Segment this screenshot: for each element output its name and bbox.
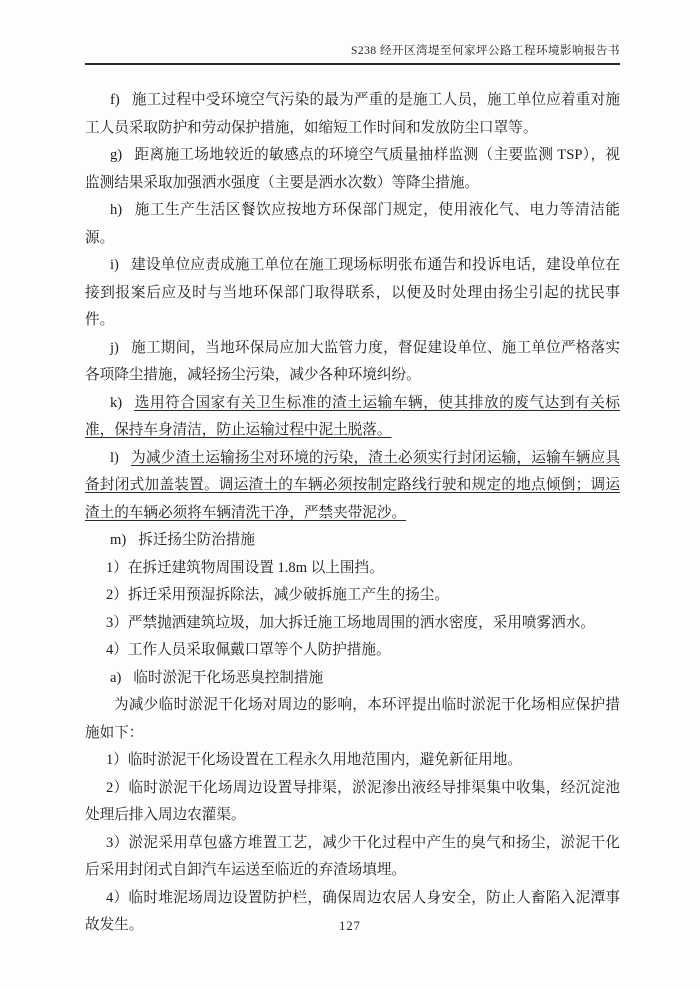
paragraph-text: 施工生产生活区餐饮应按地方环保部门规定，使用液化气、电力等清洁能源。 (85, 202, 620, 246)
paragraph-text: 3）严禁抛洒建筑垃圾，加大拆迁施工场地周围的洒水密度，采用喷雾洒水。 (106, 615, 595, 631)
paragraph-a: a)临时淤泥干化场恶臭控制措施 (85, 665, 620, 693)
paragraph-text: 临时淤泥干化场恶臭控制措施 (133, 670, 323, 686)
paragraph-text: 拆迁扬尘防治措施 (138, 532, 255, 548)
list-marker: a) (110, 670, 121, 686)
paragraph-j: j)施工期间，当地环保局应加大监管力度，督促建设单位、施工单位严格落实各项降尘措… (85, 335, 620, 390)
paragraph-text: 1）在拆迁建筑物周围设置 1.8m 以上围挡。 (106, 560, 384, 576)
paragraph-f: f)施工过程中受环境空气污染的最为严重的是施工人员，施工单位应着重对施工人员采取… (85, 87, 620, 142)
paragraph-text: 3）淤泥采用草包盛方堆置工艺，减少干化过程中产生的臭气和扬尘，淤泥干化后采用封闭… (85, 835, 620, 879)
paragraph-m: m)拆迁扬尘防治措施 (85, 527, 620, 555)
list-item-1: 1）在拆迁建筑物周围设置 1.8m 以上围挡。 (85, 555, 620, 583)
paragraph-text: 2）临时淤泥干化场周边设置导排渠，淤泥渗出液经导排渠集中收集，经沉淀池处理后排入… (85, 780, 620, 824)
paragraph-text: 施工期间，当地环保局应加大监管力度，督促建设单位、施工单位严格落实各项降尘措施，… (85, 340, 620, 384)
paragraph-text: 4）工作人员采取佩戴口罩等个人防护措施。 (106, 642, 391, 658)
paragraph-text: 2）拆迁采用预湿拆除法，减少破拆施工产生的扬尘。 (106, 587, 449, 603)
paragraph-l: l)为减少渣土运输扬尘对环境的污染，渣土必须实行封闭运输，运输车辆应具备封闭式加… (85, 445, 620, 528)
list-item-a2: 2）临时淤泥干化场周边设置导排渠，淤泥渗出液经导排渠集中收集，经沉淀池处理后排入… (85, 775, 620, 830)
list-item-a3: 3）淤泥采用草包盛方堆置工艺，减少干化过程中产生的臭气和扬尘，淤泥干化后采用封闭… (85, 830, 620, 885)
header-title: S238 经开区湾堤至何家坪公路工程环境影响报告书 (351, 45, 620, 57)
paragraph-g: g)距离施工场地较近的敏感点的环境空气质量抽样监测（主要监测 TSP），视监测结… (85, 142, 620, 197)
list-marker: h) (110, 202, 122, 218)
list-item-3: 3）严禁抛洒建筑垃圾，加大拆迁施工场地周围的洒水密度，采用喷雾洒水。 (85, 610, 620, 638)
document-page: S238 经开区湾堤至何家坪公路工程环境影响报告书 f)施工过程中受环境空气污染… (0, 0, 700, 990)
list-marker: i) (110, 257, 119, 273)
list-marker: f) (110, 92, 120, 108)
paragraph-text: 为减少临时淤泥干化场对周边的影响，本环评提出临时淤泥干化场相应保护措施如下： (85, 697, 620, 741)
list-marker: j) (110, 340, 119, 356)
paragraph-k: k)选用符合国家有关卫生标准的渣土运输车辆，使其排放的废气达到有关标准，保持车身… (85, 390, 620, 445)
paragraph-h: h)施工生产生活区餐饮应按地方环保部门规定，使用液化气、电力等清洁能源。 (85, 197, 620, 252)
paragraph-text: 距离施工场地较近的敏感点的环境空气质量抽样监测（主要监测 TSP），视监测结果采… (85, 147, 620, 191)
paragraph-text: 1）临时淤泥干化场设置在工程永久用地范围内，避免新征用地。 (106, 752, 522, 768)
paragraph-text: 施工过程中受环境空气污染的最为严重的是施工人员，施工单位应着重对施工人员采取防护… (85, 92, 620, 136)
list-item-a1: 1）临时淤泥干化场设置在工程永久用地范围内，避免新征用地。 (85, 747, 620, 775)
list-marker: k) (110, 395, 122, 411)
paragraph-text: 建设单位应责成施工单位在施工现场标明张布通告和投诉电话，建设单位在接到报案后应及… (85, 257, 620, 328)
list-marker: l) (110, 450, 119, 466)
page-number: 127 (339, 919, 361, 933)
paragraph-text-underlined: 选用符合国家有关卫生标准的渣土运输车辆，使其排放的废气达到有关标准，保持车身清洁… (85, 395, 620, 439)
list-item-2: 2）拆迁采用预湿拆除法，减少破拆施工产生的扬尘。 (85, 582, 620, 610)
paragraph-intro: 为减少临时淤泥干化场对周边的影响，本环评提出临时淤泥干化场相应保护措施如下： (85, 692, 620, 747)
document-body: f)施工过程中受环境空气污染的最为严重的是施工人员，施工单位应着重对施工人员采取… (85, 87, 620, 940)
list-marker: m) (110, 532, 126, 548)
page-header: S238 经开区湾堤至何家坪公路工程环境影响报告书 (85, 42, 620, 65)
page-footer: 127 (0, 919, 700, 934)
list-marker: g) (110, 147, 122, 163)
list-item-4: 4）工作人员采取佩戴口罩等个人防护措施。 (85, 637, 620, 665)
paragraph-i: i)建设单位应责成施工单位在施工现场标明张布通告和投诉电话，建设单位在接到报案后… (85, 252, 620, 335)
paragraph-text-underlined: 为减少渣土运输扬尘对环境的污染，渣土必须实行封闭运输，运输车辆应具备封闭式加盖装… (85, 450, 620, 521)
